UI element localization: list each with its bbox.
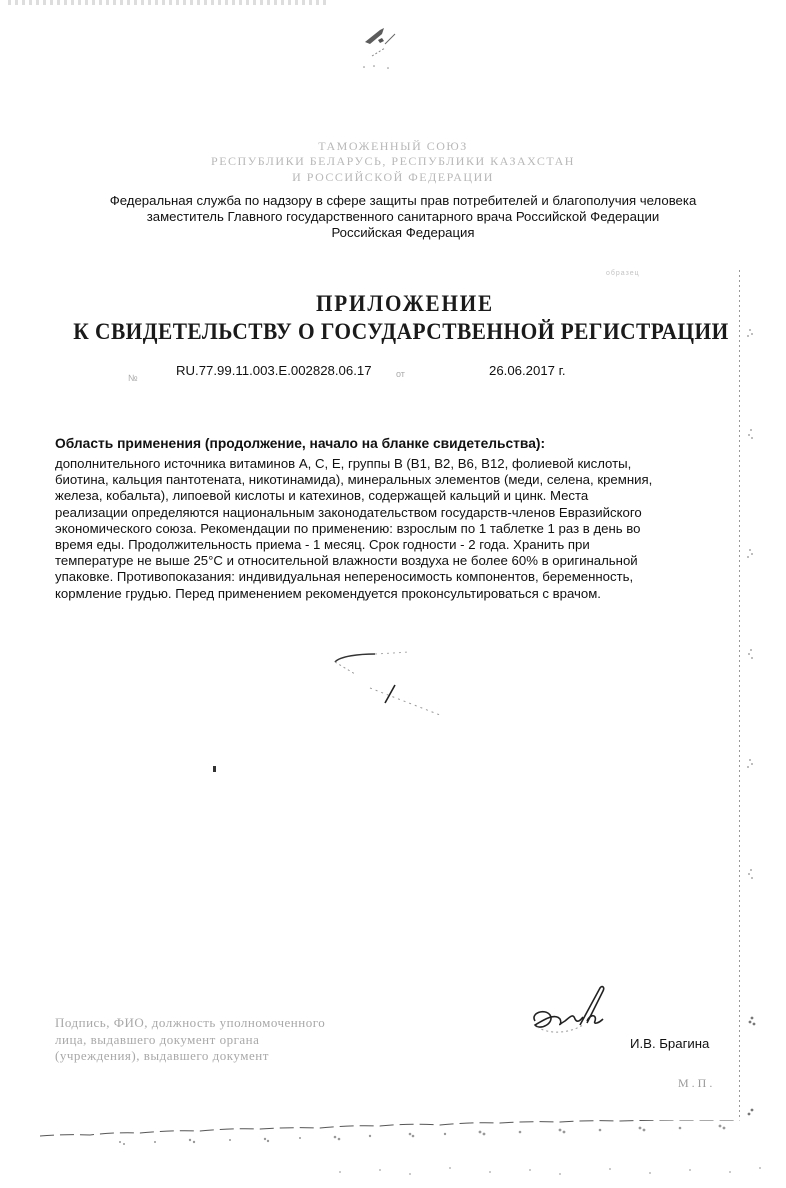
authority-position: заместитель Главного государственного са… [10,209,786,225]
scope-line: дополнительного источника витаминов А, С… [55,456,735,472]
document-subtitle: К СВИДЕТЕЛЬСТВУ О ГОСУДАРСТВЕННОЙ РЕГИСТ… [36,319,767,345]
ink-dot [213,766,216,772]
border-ornament [740,270,760,1120]
scope-line: реализации определяются национальным зак… [55,505,735,521]
scope-line: упаковке. Противопоказания: индивидуальн… [55,569,735,585]
authority-country: Российская Федерация [10,225,786,241]
signer-name: И.В. Брагина [630,1036,709,1051]
union-header-line: И РОССИЙСКОЙ ФЕДЕРАЦИИ [0,170,786,185]
stamp-fragment: образец [606,270,640,277]
seal-place-mark: М.П. [678,1076,715,1091]
scope-line: биотина, кальция пантотената, никотинами… [55,472,735,488]
handwritten-signature-icon [525,983,625,1043]
union-header-line: ТАМОЖЕННЫЙ СОЮЗ [0,139,786,154]
scope-line: температуре не выше 25°С и относительной… [55,553,735,569]
union-header-line: РЕСПУБЛИКИ БЕЛАРУСЬ, РЕСПУБЛИКИ КАЗАХСТА… [0,154,786,169]
registration-number-label: № [128,373,138,383]
signature-caption: (учреждения), выдавшего документ [55,1048,269,1064]
scope-line: кормление грудью. Перед применением реко… [55,586,735,602]
registration-date-label: от [396,369,405,379]
signature-caption: лица, выдавшего документ органа [55,1032,259,1048]
scope-line: железа, кобальта), липоевой кислоты и ка… [55,488,735,504]
signature-caption: Подпись, ФИО, должность уполномоченного [55,1015,325,1031]
registration-date: 26.06.2017 г. [489,363,566,378]
registration-number: RU.77.99.11.003.E.002828.06.17 [176,363,372,378]
state-emblem-icon [360,22,420,77]
page-border-bottom [40,1120,750,1150]
scan-noise-bottom [320,1160,780,1185]
pen-mark-icon [290,640,490,715]
document-title: ПРИЛОЖЕНИЕ [43,291,766,317]
scan-noise-top [8,0,328,5]
scope-line: экономического союза. Рекомендации по пр… [55,521,735,537]
scope-heading: Область применения (продолжение, начало … [55,436,545,451]
scope-line: время еды. Продолжительность приема - 1 … [55,537,735,553]
scope-body: дополнительного источника витаминов А, С… [55,456,735,602]
issuing-authority: Федеральная служба по надзору в сфере за… [10,193,786,209]
